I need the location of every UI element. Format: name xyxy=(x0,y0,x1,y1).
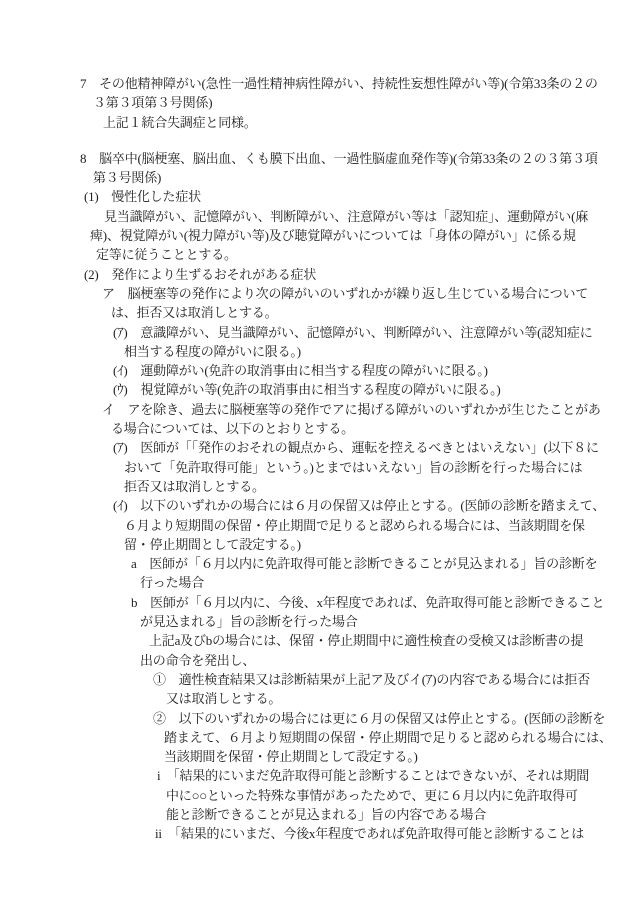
text-line-item7-heading: 7 その他精神障がい(急性一過性精神病性障がい、持続性妄想性障がい等)(令第33… xyxy=(0,74,630,93)
text-line-item-small-b: b 医師が「６月以内に、今後、x年程度であれば、免許取得可能と診断できること xyxy=(0,593,630,612)
text-line-subitem-2: (2) 発作により生ずるおそれがある症状 xyxy=(0,265,630,284)
text-line: 当該期間を保留・停止期間として設定する。) xyxy=(0,747,630,766)
text-line-item-i: イ アを除き、過去に脳梗塞等の発作でアに掲げる障がいのいずれかが生じたことがあ xyxy=(0,400,630,419)
text-line-item-roman-i: i 「結果的にいまだ免許取得可能と診断することはできないが、それは期間 xyxy=(0,766,630,785)
text-line: が見込まれる」旨の診断を行った場合 xyxy=(0,612,630,631)
text-line-item-a-1: (ｱ) 意識障がい、見当識障がい、記憶障がい、判断障がい、注意障がい等(認知症に xyxy=(0,323,630,342)
text-line-item-a: ア 脳梗塞等の発作により次の障がいのいずれかが繰り返し生じている場合について xyxy=(0,284,630,303)
text-line: 上記１統合失調症と同様。 xyxy=(0,113,630,132)
text-line: 見当識障がい、記憶障がい、判断障がい、注意障がい等は「認知症」、運動障がい(麻 xyxy=(0,207,630,226)
text-line: る場合については、以下のとおりとする。 xyxy=(0,419,630,438)
text-line: 踏まえて、６月より短期間の保留・停止期間で足りると認められる場合には、 xyxy=(0,728,630,747)
text-line: 拒否又は取消しとする。 xyxy=(0,477,630,496)
text-line: 能と診断できることが見込まれる」旨の内容である場合 xyxy=(0,805,630,824)
text-line-item8-heading: 8 脳卒中(脳梗塞、脳出血、くも膜下出血、一過性脳虚血発作等)(令第33条の２の… xyxy=(0,149,630,168)
text-line-item-i-2: (ｲ) 以下のいずれかの場合には６月の保留又は停止とする。(医師の診断を踏まえて… xyxy=(0,496,630,515)
text-line: 出の命令を発出し、 xyxy=(0,651,630,670)
text-line-item-a-2: (ｲ) 運動障がい(免許の取消事由に相当する程度の障がいに限る。) xyxy=(0,361,630,380)
text-line: 第３号関係) xyxy=(0,168,630,187)
text-line: 行った場合 xyxy=(0,573,630,592)
text-line-item-small-a: a 医師が「６月以内に免許取得可能と診断できることが見込まれる」旨の診断を xyxy=(0,554,630,573)
text-line-item-circle1: ① 適性検査結果又は診断結果が上記ア及びイ(ｱ)の内容である場合には拒否 xyxy=(0,670,630,689)
text-line: ３第３項第３号関係) xyxy=(0,93,630,112)
text-line: は、拒否又は取消しとする。 xyxy=(0,303,630,322)
text-line-item-roman-ii: ii 「結果的にいまだ、今後x年程度であれば免許取得可能と診断することは xyxy=(0,824,630,843)
blank-line xyxy=(0,132,630,149)
text-line-item-a-3: (ｳ) 視覚障がい等(免許の取消事由に相当する程度の障がいに限る。) xyxy=(0,380,630,399)
text-line: 痺)、視覚障がい(視力障がい等)及び聴覚障がいについては「身体の障がい」に係る規 xyxy=(0,226,630,245)
text-line: 中に○○といった特殊な事情があったためで、更に６月以内に免許取得可 xyxy=(0,786,630,805)
text-line: おいて「免許取得可能」という。)とまではいえない」旨の診断を行った場合には xyxy=(0,458,630,477)
text-line: 留・停止期間として設定する。) xyxy=(0,535,630,554)
text-line-subitem-1: (1) 慢性化した症状 xyxy=(0,187,630,206)
text-line: 又は取消しとする。 xyxy=(0,689,630,708)
text-line: 相当する程度の障がいに限る。) xyxy=(0,342,630,361)
text-line-item-circle2: ② 以下のいずれかの場合には更に６月の保留又は停止とする。(医師の診断を xyxy=(0,709,630,728)
text-line-item-i-1: (ｱ) 医師が「「発作のおそれの観点から、運転を控えるべきとはいえない」(以下８… xyxy=(0,438,630,457)
text-line: ６月より短期間の保留・停止期間で足りると認められる場合には、当該期間を保 xyxy=(0,516,630,535)
text-line: 上記a及びbの場合には、保留・停止期間中に適性検査の受検又は診断書の提 xyxy=(0,631,630,650)
text-line: 定等に従うこととする。 xyxy=(0,245,630,264)
document-page: 7 その他精神障がい(急性一過性精神病性障がい、持続性妄想性障がい等)(令第33… xyxy=(0,0,630,903)
